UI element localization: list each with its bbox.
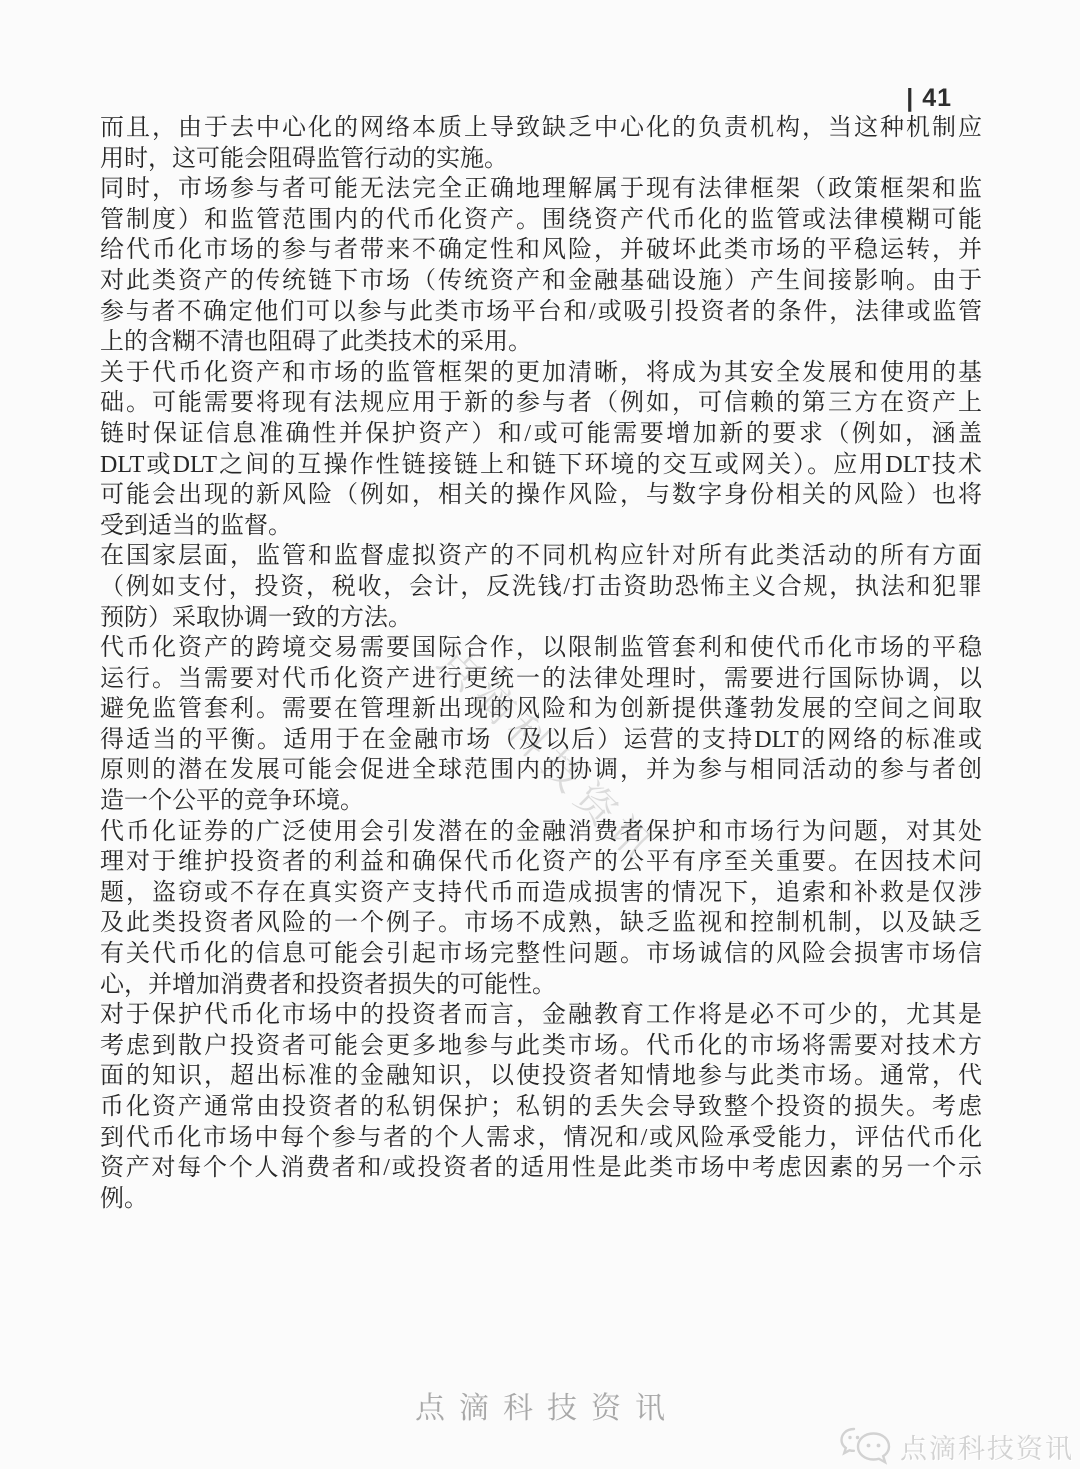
paragraph: 关于代币化资产和市场的监管框架的更加清晰，将成为其安全发展和使用的基础。可能需要… bbox=[100, 358, 982, 542]
text-line: 关于代币化资产和市场的监管框架的更加清晰，将成为其安全发展和使用的基 bbox=[100, 358, 982, 389]
document-body: 而且，由于去中心化的网络本质上导致缺乏中心化的负责机构，当这种机制应用时，这可能… bbox=[100, 113, 982, 1214]
text-line: 造一个公平的竞争环境。 bbox=[100, 786, 982, 817]
text-line: 管制度）和监管范围内的代币化资产。围绕资产代币化的监管或法律模糊可能 bbox=[100, 205, 982, 236]
text-line: 题，盗窃或不存在真实资产支持代币而造成损害的情况下，追索和补救是仅涉 bbox=[100, 878, 982, 909]
text-line: 心，并增加消费者和投资者损失的可能性。 bbox=[100, 970, 982, 1001]
text-line: 对此类资产的传统链下市场（传统资产和金融基础设施）产生间接影响。由于 bbox=[100, 266, 982, 297]
text-line: 代币化证券的广泛使用会引发潜在的金融消费者保护和市场行为问题，对其处 bbox=[100, 817, 982, 848]
text-line: 预防）采取协调一致的方法。 bbox=[100, 603, 982, 634]
text-line: 础。可能需要将现有法规应用于新的参与者（例如，可信赖的第三方在资产上 bbox=[100, 388, 982, 419]
corner-logo-text: 点滴科技资讯 bbox=[900, 1427, 1074, 1466]
text-line: 考虑到散户投资者可能会更多地参与此类市场。代币化的市场将需要对技术方 bbox=[100, 1031, 982, 1062]
wechat-icon bbox=[839, 1424, 893, 1468]
text-line: 链时保证信息准确性并保护资产）和/或可能需要增加新的要求（例如，涵盖 bbox=[100, 419, 982, 450]
text-line: 及此类投资者风险的一个例子。市场不成熟，缺乏监视和控制机制，以及缺乏 bbox=[100, 908, 982, 939]
corner-logo: 点滴科技资讯 bbox=[839, 1424, 1074, 1468]
paragraph: 同时，市场参与者可能无法完全正确地理解属于现有法律框架（政策框架和监管制度）和监… bbox=[100, 174, 982, 358]
text-line: 资产对每个个人消费者和/或投资者的适用性是此类市场中考虑因素的另一个示 bbox=[100, 1153, 982, 1184]
text-line: 避免监管套利。需要在管理新出现的风险和为创新提供蓬勃发展的空间之间取 bbox=[100, 694, 982, 725]
footer-brand: 点滴科技资讯 bbox=[0, 1383, 1080, 1427]
text-line: 参与者不确定他们可以参与此类市场平台和/或吸引投资者的条件，法律或监管 bbox=[100, 297, 982, 328]
paragraph: 代币化证券的广泛使用会引发潜在的金融消费者保护和市场行为问题，对其处理对于维护投… bbox=[100, 817, 982, 1001]
text-line: 给代币化市场的参与者带来不确定性和风险，并破坏此类市场的平稳运转，并 bbox=[100, 235, 982, 266]
text-line: 得适当的平衡。适用于在金融市场（及以后）运营的支持DLT的网络的标准或 bbox=[100, 725, 982, 756]
text-line: 原则的潜在发展可能会促进全球范围内的协调，并为参与相同活动的参与者创 bbox=[100, 755, 982, 786]
text-line: 而且，由于去中心化的网络本质上导致缺乏中心化的负责机构，当这种机制应 bbox=[100, 113, 982, 144]
text-line: 对于保护代币化市场中的投资者而言，金融教育工作将是必不可少的，尤其是 bbox=[100, 1000, 982, 1031]
text-line: 理对于维护投资者的利益和确保代币化资产的公平有序至关重要。在因技术问 bbox=[100, 847, 982, 878]
paragraph: 而且，由于去中心化的网络本质上导致缺乏中心化的负责机构，当这种机制应用时，这可能… bbox=[100, 113, 982, 174]
text-line: 运行。当需要对代币化资产进行更统一的法律处理时，需要进行国际协调，以 bbox=[100, 664, 982, 695]
document-page: | 41 而且，由于去中心化的网络本质上导致缺乏中心化的负责机构，当这种机制应用… bbox=[0, 0, 1080, 1469]
text-line: 上的含糊不清也阻碍了此类技术的采用。 bbox=[100, 327, 982, 358]
paragraph: 对于保护代币化市场中的投资者而言，金融教育工作将是必不可少的，尤其是考虑到散户投… bbox=[100, 1000, 982, 1214]
paragraph: 代币化资产的跨境交易需要国际合作，以限制监管套利和使代币化市场的平稳运行。当需要… bbox=[100, 633, 982, 817]
paragraph: 在国家层面，监管和监督虚拟资产的不同机构应针对所有此类活动的所有方面（例如支付，… bbox=[100, 541, 982, 633]
text-line: （例如支付，投资，税收，会计，反洗钱/打击资助恐怖主义合规，执法和犯罪 bbox=[100, 572, 982, 603]
text-line: 到代币化市场中每个参与者的个人需求，情况和/或风险承受能力，评估代币化 bbox=[100, 1123, 982, 1154]
text-line: 同时，市场参与者可能无法完全正确地理解属于现有法律框架（政策框架和监 bbox=[100, 174, 982, 205]
page-number: | 41 bbox=[906, 84, 952, 113]
text-line: 代币化资产的跨境交易需要国际合作，以限制监管套利和使代币化市场的平稳 bbox=[100, 633, 982, 664]
text-line: 受到适当的监督。 bbox=[100, 511, 982, 542]
text-line: 币化资产通常由投资者的私钥保护；私钥的丢失会导致整个投资的损失。考虑 bbox=[100, 1092, 982, 1123]
text-line: 面的知识，超出标准的金融知识，以使投资者知情地参与此类市场。通常，代 bbox=[100, 1061, 982, 1092]
text-line: 有关代币化的信息可能会引起市场完整性问题。市场诚信的风险会损害市场信 bbox=[100, 939, 982, 970]
text-line: 在国家层面，监管和监督虚拟资产的不同机构应针对所有此类活动的所有方面 bbox=[100, 541, 982, 572]
text-line: 用时，这可能会阻碍监管行动的实施。 bbox=[100, 144, 982, 175]
text-line: DLT或DLT之间的互操作性链接链上和链下环境的交互或网关）。应用DLT技术 bbox=[100, 450, 982, 481]
text-line: 例。 bbox=[100, 1184, 982, 1215]
text-line: 可能会出现的新风险（例如，相关的操作风险，与数字身份相关的风险）也将 bbox=[100, 480, 982, 511]
